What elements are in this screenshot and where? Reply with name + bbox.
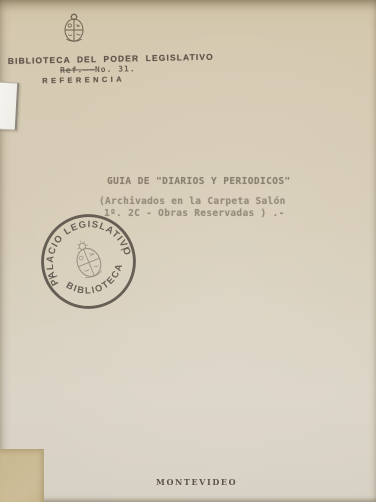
footer-city-text: MONTEVIDEO	[156, 477, 237, 487]
stamp-center-crest	[70, 236, 105, 280]
uruguay-crest-icon	[61, 12, 87, 44]
note-line-2: 1º. 2C - Obras Reservadas ) .-	[104, 208, 285, 219]
referencia-text: REFERENCIA	[42, 73, 198, 85]
underlying-page-corner	[0, 449, 44, 502]
note-line-1: (Archivados en la Carpeta Salón	[99, 196, 286, 207]
document-title: GUIA DE "DIARIOS Y PERIODICOS"	[107, 176, 291, 187]
crossed-out-text: Ref.——	[60, 65, 95, 75]
scanned-document-page: BIBLIOTECA DEL PODER LEGISLATIVO Ref.——N…	[0, 0, 376, 502]
label-sticker	[0, 81, 19, 130]
stamp-bottom-arc-text: BIBLIOTECA	[62, 259, 131, 305]
shelf-number-text: No. 31.	[95, 64, 136, 74]
library-header-stamp: BIBLIOTECA DEL PODER LEGISLATIVO Ref.——N…	[8, 52, 199, 86]
